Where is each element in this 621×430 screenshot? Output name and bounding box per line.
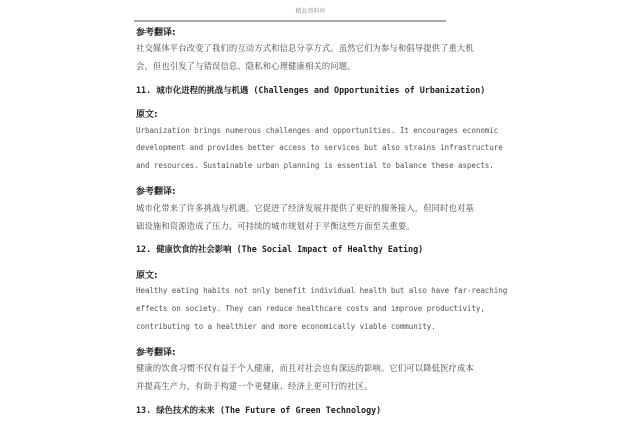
section-title-en: (The Social Impact of Healthy Eating) (237, 244, 424, 254)
translation-line: 并提高生产力，有助于构建一个更健康、经济上更可行的社区。 (136, 380, 373, 392)
section-title-zh: 健康饮食的社会影响 (156, 244, 231, 254)
translation-line: 础设施和资源造成了压力。可持续的城市规划对于平衡这些方面至关重要。 (136, 220, 415, 232)
original-line: Urbanization brings numerous challenges … (136, 126, 498, 135)
section-heading: 11. 城市化进程的挑战与机遇 (Challenges and Opportun… (136, 84, 485, 96)
section-number: 11. (136, 85, 151, 95)
section-title-en: (Challenges and Opportunities of Urbaniz… (253, 85, 485, 95)
original-line: contributing to a healthier and more eco… (136, 322, 436, 331)
translation-line: 社交媒体平台改变了我们的互动方式和信息分享方式。虽然它们为参与和倡导提供了重大机 (136, 42, 474, 54)
original-label: 原文: (136, 268, 158, 281)
translation-label: 参考翻译: (136, 345, 176, 358)
section-heading: 13. 绿色技术的未来 (The Future of Green Technol… (136, 404, 381, 416)
original-line: effects on society. They can reduce heal… (136, 304, 485, 313)
original-label: 原文: (136, 107, 158, 120)
original-line: and resources. Sustainable urban plannin… (136, 161, 494, 170)
translation-label: 参考翻译: (136, 184, 176, 197)
translation-line: 城市化带来了许多挑战与机遇。它促进了经济发展并提供了更好的服务接入，但同时也对基 (136, 202, 474, 214)
section-title-en: (The Future of Green Technology) (220, 405, 381, 415)
page-header-title: 精品资料库 (0, 6, 621, 15)
translation-line: 健康的饮食习惯不仅有益于个人健康，而且对社会也有深远的影响。它们可以降低医疗成本 (136, 362, 474, 374)
section-number: 13. (136, 405, 151, 415)
translation-line: 会，但也引发了与错误信息、隐私和心理健康相关的问题。 (136, 60, 356, 72)
original-line: development and provides better access t… (136, 143, 503, 152)
document-page: 精品资料库 参考翻译: 社交媒体平台改变了我们的互动方式和信息分享方式。虽然它们… (0, 0, 621, 430)
section-title-zh: 绿色技术的未来 (156, 405, 215, 415)
section-heading: 12. 健康饮食的社会影响 (The Social Impact of Heal… (136, 243, 423, 255)
translation-label: 参考翻译: (136, 25, 176, 38)
section-number: 12. (136, 244, 151, 254)
header-divider (134, 20, 446, 22)
original-line: Healthy eating habits not only benefit i… (136, 286, 507, 295)
section-title-zh: 城市化进程的挑战与机遇 (156, 85, 248, 95)
